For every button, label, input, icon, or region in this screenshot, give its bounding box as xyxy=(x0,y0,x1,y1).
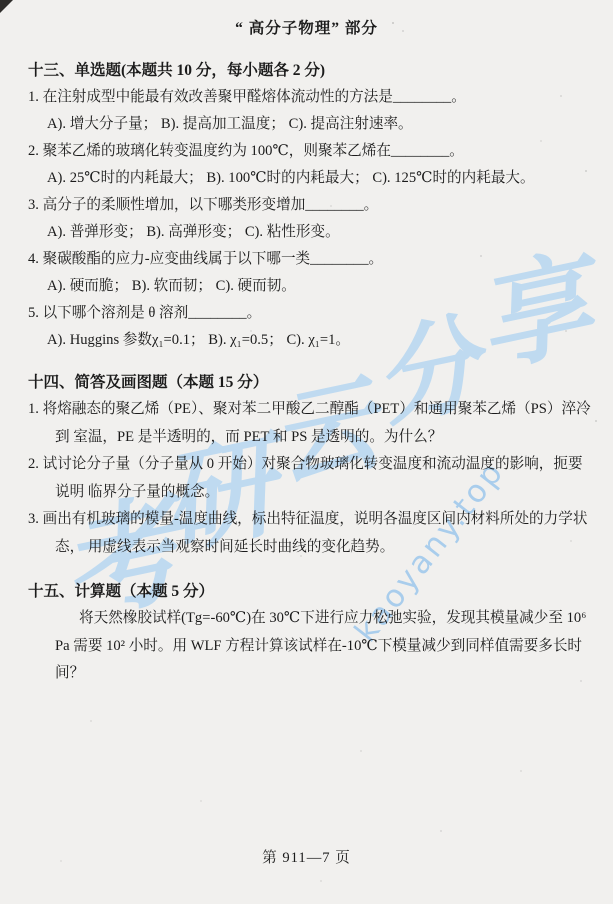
section-15-heading: 十五、计算题（本题 5 分） xyxy=(28,578,613,605)
question-13-3-options: A). 普弹形变； B). 高弹形变； C). 粘性形变。 xyxy=(47,219,591,246)
question-14-3-text: 3. 画出有机玻璃的模量-温度曲线，标出特征温度，说明各温度区间内材料所处的力学… xyxy=(55,506,593,561)
exam-page: “ 高分子物理” 部分 十三、单选题(本题共 10 分，每小题各 2 分) 1.… xyxy=(0,0,613,904)
question-13-5-options: A). Huggins 参数χ₁=0.1； B). χ₁=0.5； C). χ₁… xyxy=(47,327,591,354)
question-13-4-options: A). 硬而脆； B). 软而韧； C). 硬而韧。 xyxy=(47,273,591,300)
question-13-1-text: 1. 在注射成型中能最有效改善聚甲醛熔体流动性的方法是________。 xyxy=(28,84,591,111)
page-number: 第 911—7 页 xyxy=(0,846,613,867)
question-13-4-text: 4. 聚碳酸酯的应力-应变曲线属于以下哪一类________。 xyxy=(28,246,591,273)
question-13-2-options: A). 25℃时的内耗最大； B). 100℃时的内耗最大； C). 125℃时… xyxy=(47,165,591,192)
question-15-text: 将天然橡胶试样(Tg=-60℃)在 30℃下进行应力松弛实验，发现其模量减少至 … xyxy=(55,605,595,688)
question-14-1-text: 1. 将熔融态的聚乙烯（PE）、聚对苯二甲酸乙二醇酯（PET）和通用聚苯乙烯（P… xyxy=(55,396,593,451)
question-13-3-text: 3. 高分子的柔顺性增加，以下哪类形变增加________。 xyxy=(28,192,591,219)
question-14-2-text: 2. 试讨论分子量（分子量从 0 开始）对聚合物玻璃化转变温度和流动温度的影响，… xyxy=(55,451,593,506)
question-13-2-text: 2. 聚苯乙烯的玻璃化转变温度约为 100℃，则聚苯乙烯在________。 xyxy=(28,138,591,165)
section-14-heading: 十四、简答及画图题（本题 15 分） xyxy=(28,369,613,396)
page-title: “ 高分子物理” 部分 xyxy=(0,0,613,38)
section-13-heading: 十三、单选题(本题共 10 分，每小题各 2 分) xyxy=(28,57,613,84)
scan-corner-artifact xyxy=(0,0,13,13)
question-13-1-options: A). 增大分子量； B). 提高加工温度； C). 提高注射速率。 xyxy=(47,111,591,138)
question-13-5-text: 5. 以下哪个溶剂是 θ 溶剂________。 xyxy=(28,300,591,327)
